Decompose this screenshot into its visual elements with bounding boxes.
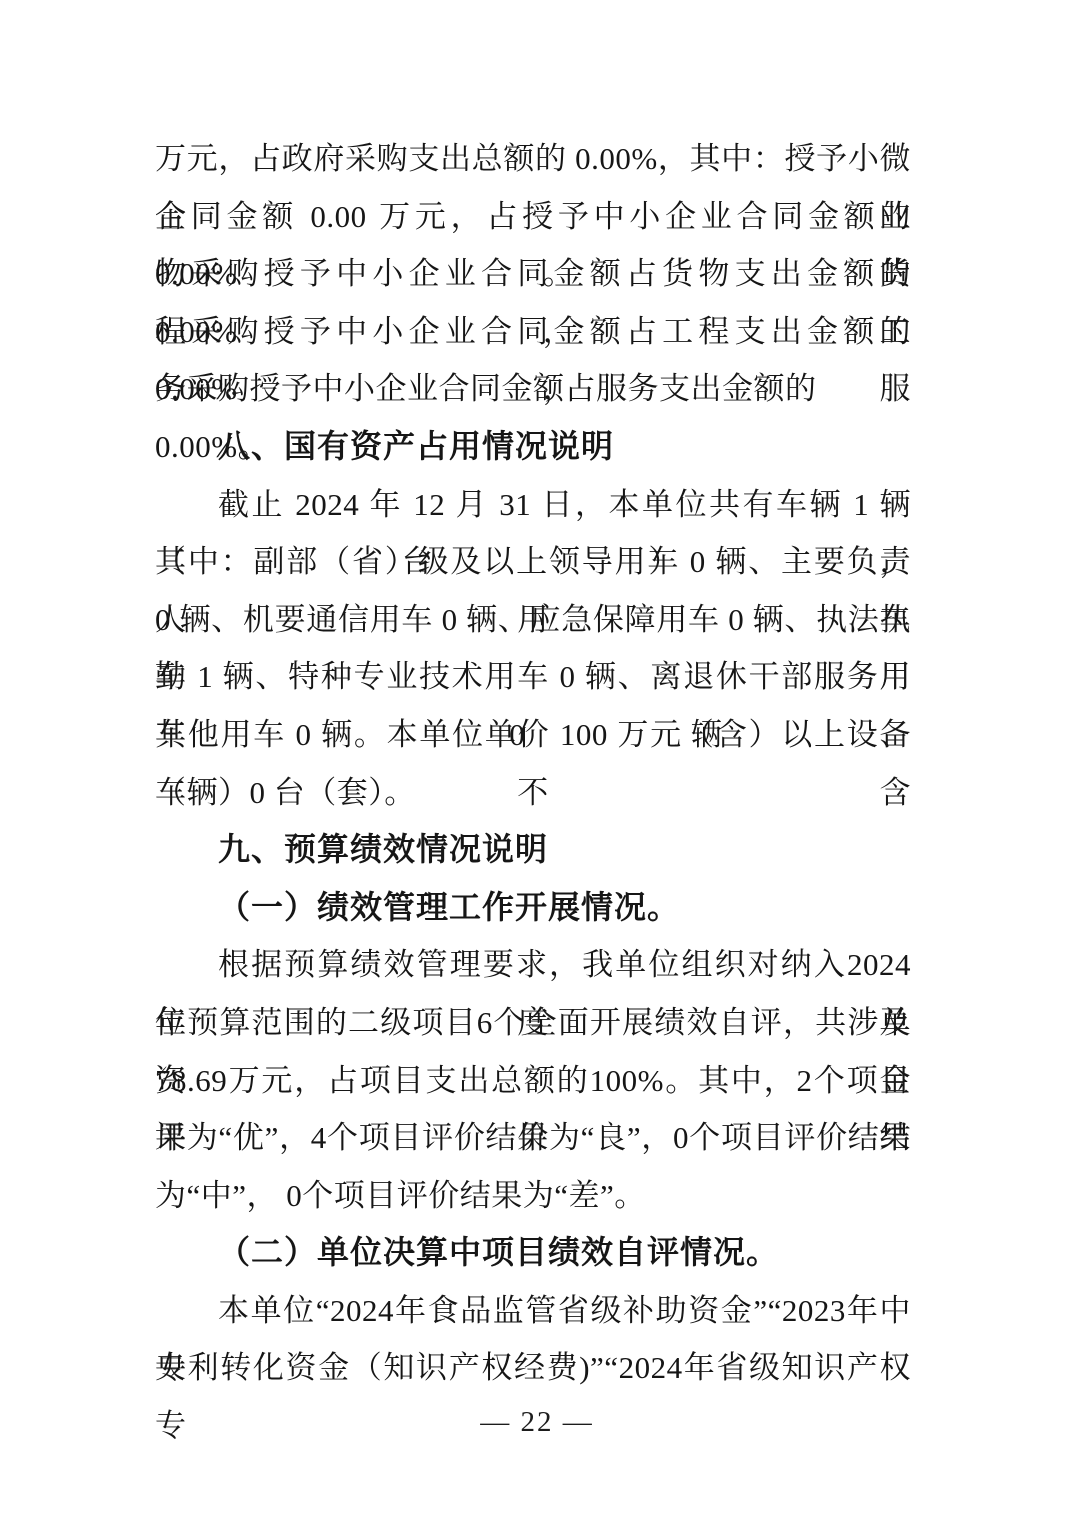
- paragraph-line: 其中：副部（省）级及以上领导用车 0 辆、主要负责人用车: [155, 533, 911, 591]
- paragraph-line: 车 1 辆、特种专业技术用车 0 辆、离退休干部服务用车 0 辆、: [155, 648, 911, 706]
- paragraph-line: 务采购授予中小企业合同金额占服务支出金额的 0.00%。: [155, 360, 911, 418]
- paragraph-line: 万元，占政府采购支出总额的 0.00%，其中：授予小微企业: [155, 130, 911, 188]
- document-page: 万元，占政府采购支出总额的 0.00%，其中：授予小微企业 合同金额 0.00 …: [0, 0, 1074, 1520]
- paragraph-line: 截止 2024 年 12 月 31 日，本单位共有车辆 1 辆（台），: [155, 476, 911, 534]
- subsection-heading-performance-management: （一）绩效管理工作开展情况。: [155, 879, 911, 937]
- paragraph-line: 本单位“2024年食品监管省级补助资金”“2023年中央: [155, 1282, 911, 1340]
- paragraph-line: 专利转化资金（知识产权经费)”“2024年省级知识产权专: [155, 1339, 911, 1397]
- paragraph-line: 0 辆、机要通信用车 0 辆、应急保障用车 0 辆、执法执勤用: [155, 591, 911, 649]
- subsection-heading-project-self-evaluation: （二）单位决算中项目绩效自评情况。: [155, 1224, 911, 1282]
- document-text-block: 万元，占政府采购支出总额的 0.00%，其中：授予小微企业 合同金额 0.00 …: [155, 130, 911, 1397]
- page-number: — 22 —: [0, 1402, 1074, 1442]
- paragraph-line: 果为“优”，4个项目评价结果为“良”，0个项目评价结果: [155, 1109, 911, 1167]
- section-heading-state-assets: 八、国有资产占用情况说明: [155, 418, 911, 476]
- paragraph-line: 合同金额 0.00 万元，占授予中小企业合同金额的 0.00%。货: [155, 188, 911, 246]
- paragraph-line: 程采购授予中小企业合同金额占工程支出金额的 0.00%，服: [155, 303, 911, 361]
- section-heading-budget-performance: 九、预算绩效情况说明: [155, 821, 911, 879]
- paragraph-line: 为“中”， 0个项目评价结果为“差”。: [155, 1167, 911, 1225]
- paragraph-line: 物采购授予中小企业合同金额占货物支出金额的 0.00%，工: [155, 245, 911, 303]
- paragraph-line: 其他用车 0 辆。本单位单价 100 万元（含）以上设备（不含: [155, 706, 911, 764]
- paragraph-line: 根据预算绩效管理要求，我单位组织对纳入2024年度单: [155, 936, 911, 994]
- paragraph-line: 78.69万元，占项目支出总额的100%。其中，2个项目评价结: [155, 1052, 911, 1110]
- paragraph-line: 位预算范围的二级项目6个全面开展绩效自评，共涉及资金: [155, 994, 911, 1052]
